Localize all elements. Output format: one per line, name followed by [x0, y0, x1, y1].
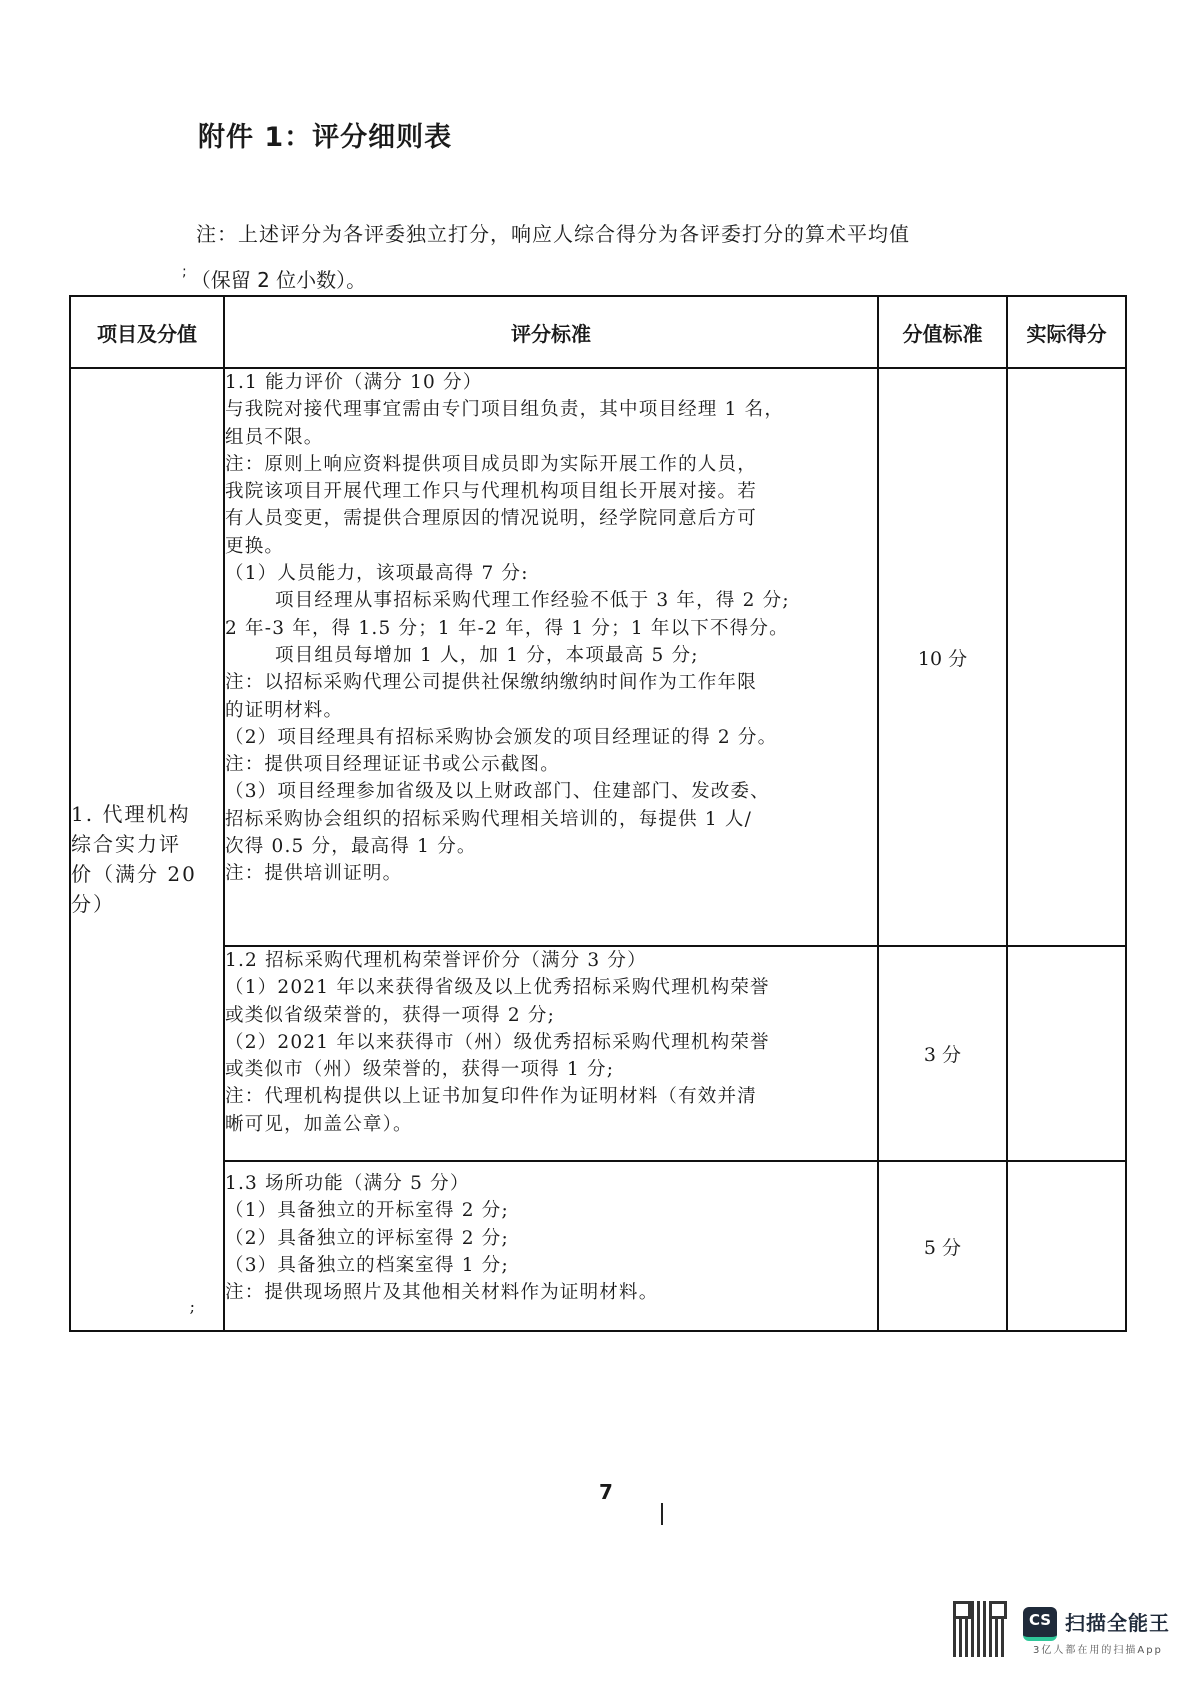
criteria-line: 晰可见，加盖公章）。	[225, 1111, 877, 1138]
criteria-line: 有人员变更，需提供合理原因的情况说明，经学院同意后方可	[225, 505, 877, 532]
criteria-line: 注：提供培训证明。	[225, 860, 877, 887]
criteria-heading: 1.3 场所功能（满分 5 分）	[225, 1170, 877, 1197]
criteria-line: 次得 0.5 分，最高得 1 分。	[225, 833, 877, 860]
camscanner-logo-icon: CS	[1023, 1607, 1057, 1641]
header-item-and-score: 项目及分值	[70, 296, 224, 368]
criteria-line: 我院该项目开展代理工作只与代理机构项目组长开展对接。若	[225, 478, 877, 505]
criteria-line: （2）具备独立的评标室得 2 分;	[225, 1225, 877, 1252]
criteria-line: （1）具备独立的开标室得 2 分;	[225, 1197, 877, 1224]
criteria-line: （2）2021 年以来获得市（州）级优秀招标采购代理机构荣誉	[225, 1029, 877, 1056]
score-standard-1-1: 10 分	[878, 368, 1007, 946]
table-row: 1. 代理机构 综合实力评 价（满分 20 分） ; 1.1 能力评价（满分 1…	[70, 368, 1126, 946]
scanner-watermark: CS 扫描全能王 3亿人都在用的扫描App	[953, 1601, 1183, 1661]
document-title: 附件 1：评分细则表	[198, 115, 452, 154]
criteria-line: 注：代理机构提供以上证书加复印件作为证明材料（有效并清	[225, 1083, 877, 1110]
watermark-tagline: 3亿人都在用的扫描App	[1033, 1641, 1163, 1656]
criteria-line: 或类似省级荣誉的，获得一项得 2 分;	[225, 1002, 877, 1029]
scoring-note-line2: ;（保留 2 位小数）。	[182, 264, 366, 293]
criteria-line: （1）2021 年以来获得省级及以上优秀招标采购代理机构荣誉	[225, 974, 877, 1001]
table-row: 1.2 招标采购代理机构荣誉评价分（满分 3 分） （1）2021 年以来获得省…	[70, 946, 1126, 1161]
criteria-line: 注：提供项目经理证证书或公示截图。	[225, 751, 877, 778]
score-standard-1-3: 5 分	[878, 1161, 1007, 1331]
scoring-note-text: （保留 2 位小数）。	[191, 268, 366, 292]
category-cell: 1. 代理机构 综合实力评 价（满分 20 分） ;	[70, 368, 224, 1331]
actual-score-1-2[interactable]	[1007, 946, 1126, 1161]
table-header-row: 项目及分值 评分标准 分值标准 实际得分	[70, 296, 1126, 368]
criteria-line: 注：提供现场照片及其他相关材料作为证明材料。	[225, 1279, 877, 1306]
header-score-standard: 分值标准	[878, 296, 1007, 368]
criteria-heading: 1.1 能力评价（满分 10 分）	[225, 369, 877, 396]
criteria-cell-1-2: 1.2 招标采购代理机构荣誉评价分（满分 3 分） （1）2021 年以来获得省…	[224, 946, 878, 1161]
criteria-line: （3）具备独立的档案室得 1 分;	[225, 1252, 877, 1279]
criteria-cell-1-3: 1.3 场所功能（满分 5 分） （1）具备独立的开标室得 2 分; （2）具备…	[224, 1161, 878, 1331]
criteria-line: 注：原则上响应资料提供项目成员即为实际开展工作的人员，	[225, 451, 877, 478]
category-label-line: 综合实力评	[71, 829, 223, 859]
criteria-line: 的证明材料。	[225, 697, 877, 724]
criteria-line: 或类似市（州）级荣誉的，获得一项得 1 分;	[225, 1056, 877, 1083]
criteria-line: 注：以招标采购代理公司提供社保缴纳缴纳时间作为工作年限	[225, 669, 877, 696]
actual-score-1-1[interactable]	[1007, 368, 1126, 946]
header-criteria: 评分标准	[224, 296, 878, 368]
qr-code-icon	[953, 1601, 1007, 1657]
scoring-note-line1: 注：上述评分为各评委独立打分，响应人综合得分为各评委打分的算术平均值	[196, 218, 910, 247]
criteria-line: 2 年-3 年，得 1.5 分；1 年-2 年，得 1 分；1 年以下不得分。	[225, 615, 877, 642]
criteria-line: 更换。	[225, 533, 877, 560]
criteria-line: 与我院对接代理事宜需由专门项目组负责，其中项目经理 1 名，	[225, 396, 877, 423]
stray-mark: ;	[190, 1292, 197, 1322]
actual-score-1-3[interactable]	[1007, 1161, 1126, 1331]
stray-mark: ;	[182, 264, 187, 280]
criteria-line: （1）人员能力，该项最高得 7 分:	[225, 560, 877, 587]
category-label-line: 1. 代理机构	[71, 799, 223, 829]
watermark-app-name: 扫描全能王	[1065, 1607, 1170, 1636]
criteria-line: 招标采购协会组织的招标采购代理相关培训的，每提供 1 人/	[225, 806, 877, 833]
category-label-line: 价（满分 20	[71, 859, 223, 889]
criteria-line: （2）项目经理具有招标采购协会颁发的项目经理证的得 2 分。	[225, 724, 877, 751]
criteria-line: 组员不限。	[225, 424, 877, 451]
criteria-heading: 1.2 招标采购代理机构荣誉评价分（满分 3 分）	[225, 947, 877, 974]
score-standard-1-2: 3 分	[878, 946, 1007, 1161]
criteria-line: （3）项目经理参加省级及以上财政部门、住建部门、发改委、	[225, 778, 877, 805]
criteria-line: 项目组员每增加 1 人，加 1 分，本项最高 5 分;	[225, 642, 877, 669]
table-row: 1.3 场所功能（满分 5 分） （1）具备独立的开标室得 2 分; （2）具备…	[70, 1161, 1126, 1331]
header-actual-score: 实际得分	[1007, 296, 1126, 368]
scan-artifact-line	[661, 1503, 663, 1525]
criteria-cell-1-1: 1.1 能力评价（满分 10 分） 与我院对接代理事宜需由专门项目组负责，其中项…	[224, 368, 878, 946]
criteria-line: 项目经理从事招标采购代理工作经验不低于 3 年，得 2 分;	[225, 587, 877, 614]
category-label-line: 分）	[71, 889, 223, 919]
page-number: 7	[599, 1480, 613, 1504]
scoring-table: 项目及分值 评分标准 分值标准 实际得分 1. 代理机构 综合实力评 价（满分 …	[69, 295, 1127, 1332]
